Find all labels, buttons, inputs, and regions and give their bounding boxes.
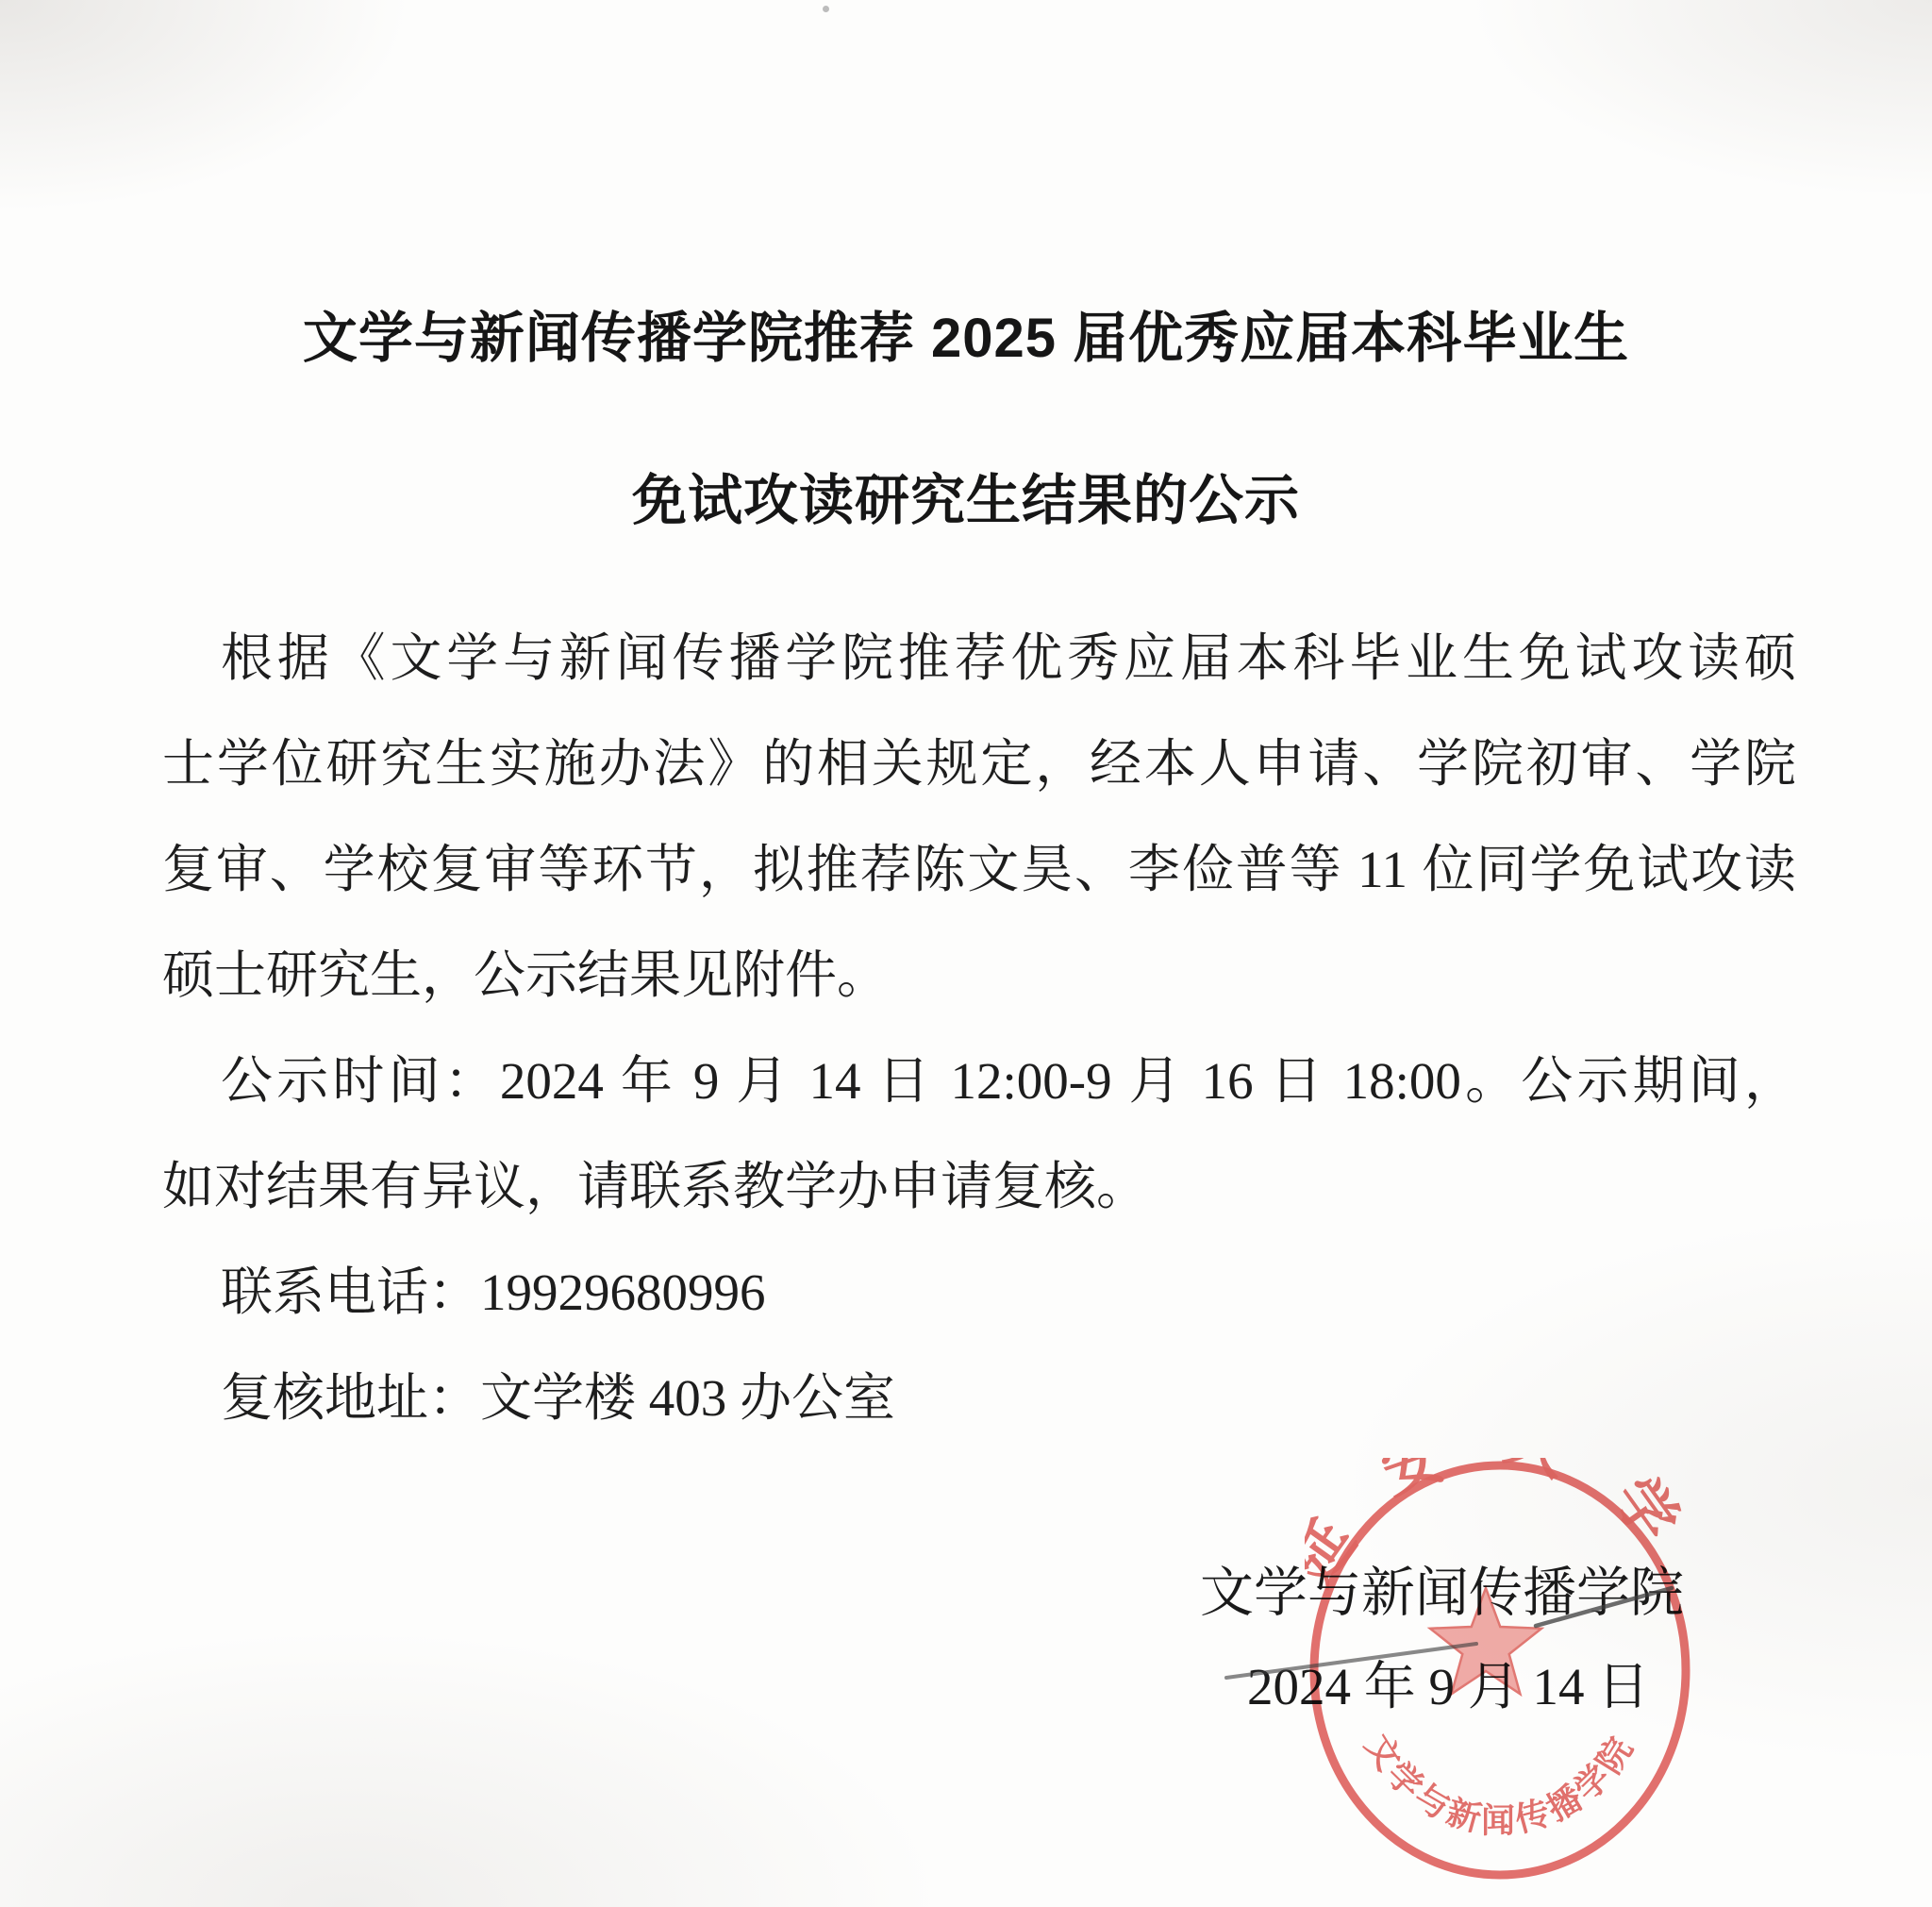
body-line: 复核地址：文学楼 403 办公室 bbox=[162, 1346, 1796, 1451]
body-line: 公示时间：2024 年 9 月 14 日 12:00-9 月 16 日 18:0… bbox=[162, 1029, 1796, 1134]
seal-college-text: 文学与新闻传播学院 bbox=[1358, 1728, 1642, 1839]
body-line: 硕士研究生，公示结果见附件。 bbox=[162, 923, 1796, 1029]
body-line: 联系电话：19929680996 bbox=[162, 1240, 1796, 1346]
scan-speck bbox=[823, 6, 829, 12]
official-seal-stamp: 延安大学 文学与新闻传播学院 bbox=[1305, 1458, 1695, 1882]
svg-text:文学与新闻传播学院: 文学与新闻传播学院 bbox=[1358, 1728, 1642, 1839]
announcement-document: 文学与新闻传播学院推荐 2025 届优秀应届本科毕业生 免试攻读研究生结果的公示… bbox=[0, 0, 1932, 1907]
seal-university-text: 延安大学 bbox=[1305, 1458, 1695, 1597]
document-body: 根据《文学与新闻传播学院推荐优秀应届本科毕业生免试攻读硕 士学位研究生实施办法》… bbox=[162, 606, 1796, 1451]
svg-text:延安大学: 延安大学 bbox=[1305, 1458, 1695, 1597]
body-line: 根据《文学与新闻传播学院推荐优秀应届本科毕业生免试攻读硕 bbox=[162, 606, 1796, 711]
document-title-line1: 文学与新闻传播学院推荐 2025 届优秀应届本科毕业生 bbox=[0, 309, 1932, 368]
body-line: 如对结果有异议，请联系教学办申请复核。 bbox=[162, 1134, 1796, 1240]
seal-star-icon bbox=[1430, 1588, 1541, 1694]
body-line: 复审、学校复审等环节，拟推荐陈文昊、李俭普等 11 位同学免试攻读 bbox=[162, 817, 1796, 923]
body-line: 士学位研究生实施办法》的相关规定，经本人申请、学院初审、学院 bbox=[162, 711, 1796, 817]
document-title-line2: 免试攻读研究生结果的公示 bbox=[0, 472, 1932, 530]
